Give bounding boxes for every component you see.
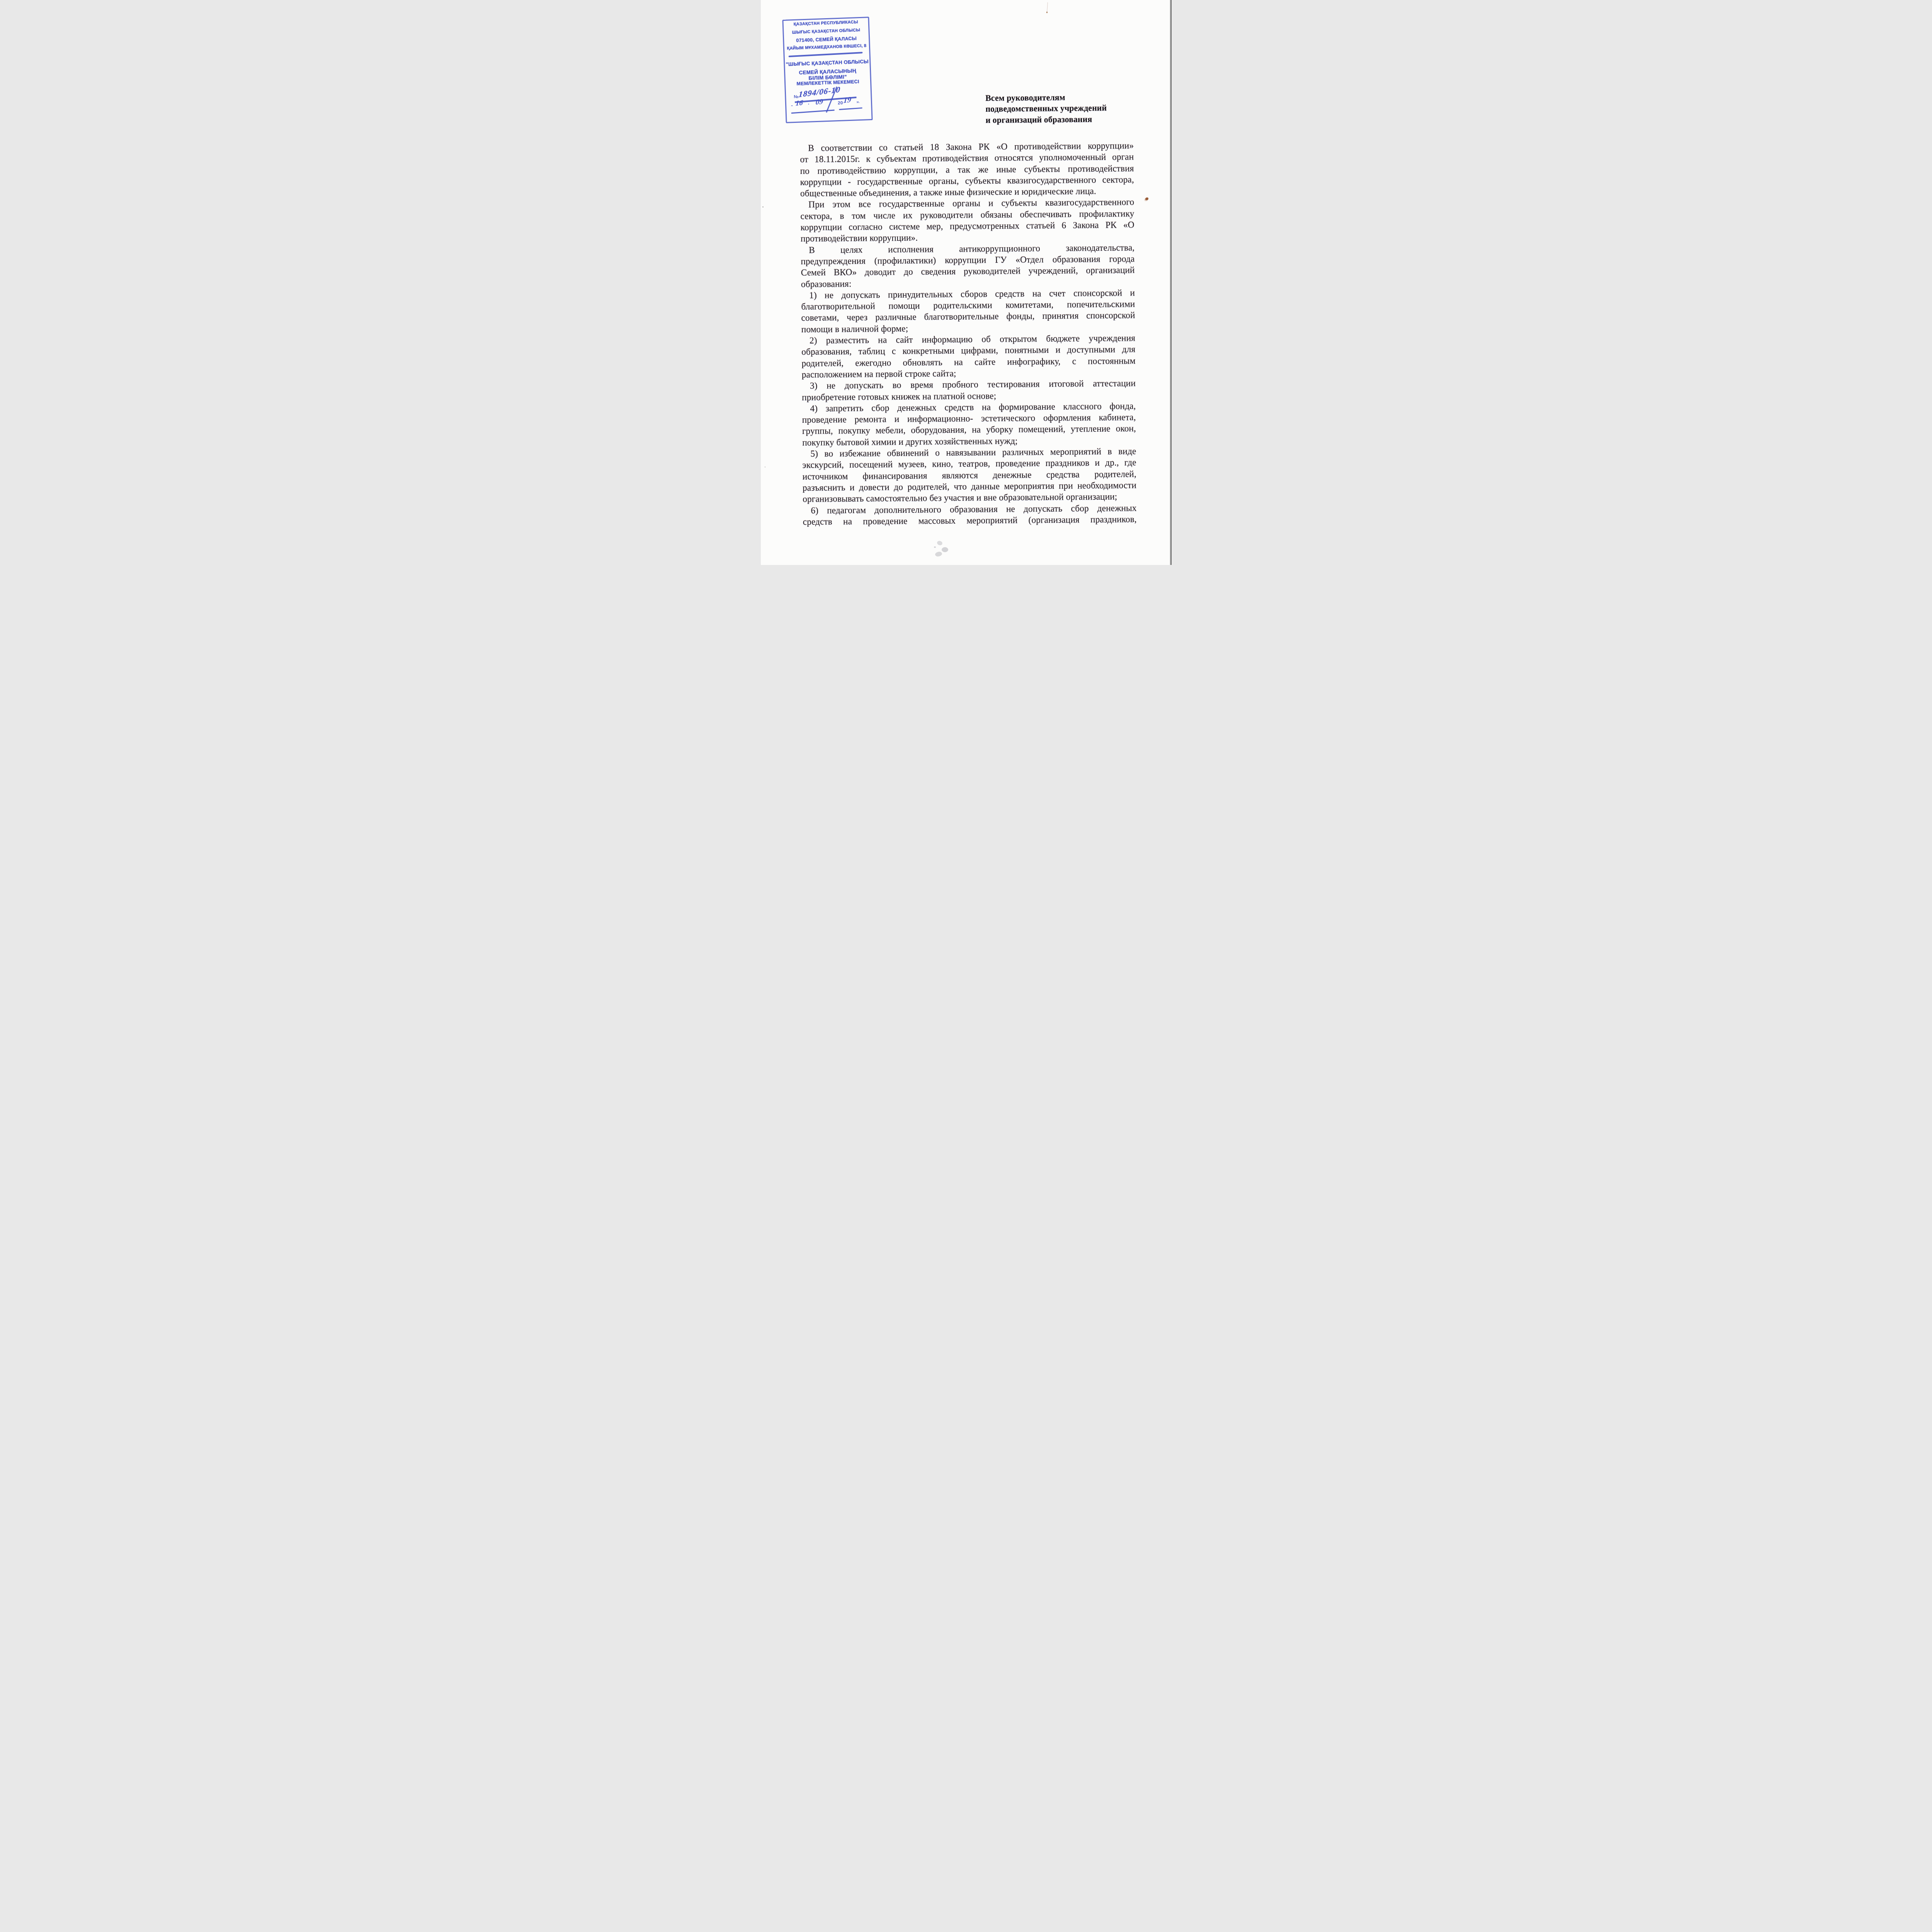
stamp-date-dash: -: [791, 102, 793, 109]
stamp-date-dot: ·: [808, 101, 809, 107]
scratch-dot: [1046, 12, 1048, 13]
stamp-org-name-line: "ШЫҒЫС ҚАЗАҚСТАН ОБЛЫСЫ: [785, 58, 869, 67]
paper-speck: [762, 206, 764, 207]
text-line: средств на проведение массовых мероприят…: [803, 514, 1136, 528]
stamp-date-month: 09: [815, 98, 823, 107]
registration-stamp: ҚАЗАҚСТАН РЕСПУБЛИКАСЫ ШЫҒЫС ҚАЗАҚСТАН О…: [782, 17, 872, 123]
scanned-letter-page: ҚАЗАҚСТАН РЕСПУБЛИКАСЫ ШЫҒЫС ҚАЗАҚСТАН О…: [761, 0, 1172, 565]
stamp-region-line: ШЫҒЫС ҚАЗАҚСТАН ОБЛЫСЫ: [784, 27, 868, 35]
addressee-line: и организаций образования: [985, 113, 1140, 126]
paper-speck: [1145, 197, 1148, 200]
stamp-date-day: 16: [795, 99, 803, 108]
scan-edge-shadow: [1170, 0, 1172, 565]
stamp-city-line: 071400, СЕМЕЙ ҚАЛАСЫ: [784, 35, 869, 44]
paper-speck: [765, 466, 765, 468]
addressee-line: подведомственных учреждений: [985, 102, 1140, 115]
scratch-mark: [1047, 2, 1048, 12]
stamp-date-underline: [791, 109, 834, 114]
addressee-line: Всем руководителям: [985, 92, 1140, 104]
stamp-street-line: ҚАЙЫМ МҰХАМЕДХАНОВ КӨШЕСІ, 8: [784, 43, 869, 51]
stamp-number-label: №: [794, 95, 799, 99]
stamp-country-line: ҚАЗАҚСТАН РЕСПУБЛИКАСЫ: [783, 19, 868, 27]
addressee-block: Всем руководителям подведомственных учре…: [985, 92, 1140, 126]
stamp-divider: [788, 52, 862, 57]
smudge-mark: [936, 540, 943, 546]
smudge-mark: [934, 546, 936, 548]
smudge-mark: [942, 547, 948, 552]
smudge-mark: [934, 551, 942, 557]
letter-body: В соответствии со статьей 18 Закона РК «…: [800, 140, 1137, 528]
stamp-date-suffix: ж.: [856, 100, 859, 104]
stamp-date-year: 19: [843, 95, 851, 105]
stamp-date-underline: [839, 107, 862, 110]
stamp-date-century: 20: [837, 101, 843, 105]
